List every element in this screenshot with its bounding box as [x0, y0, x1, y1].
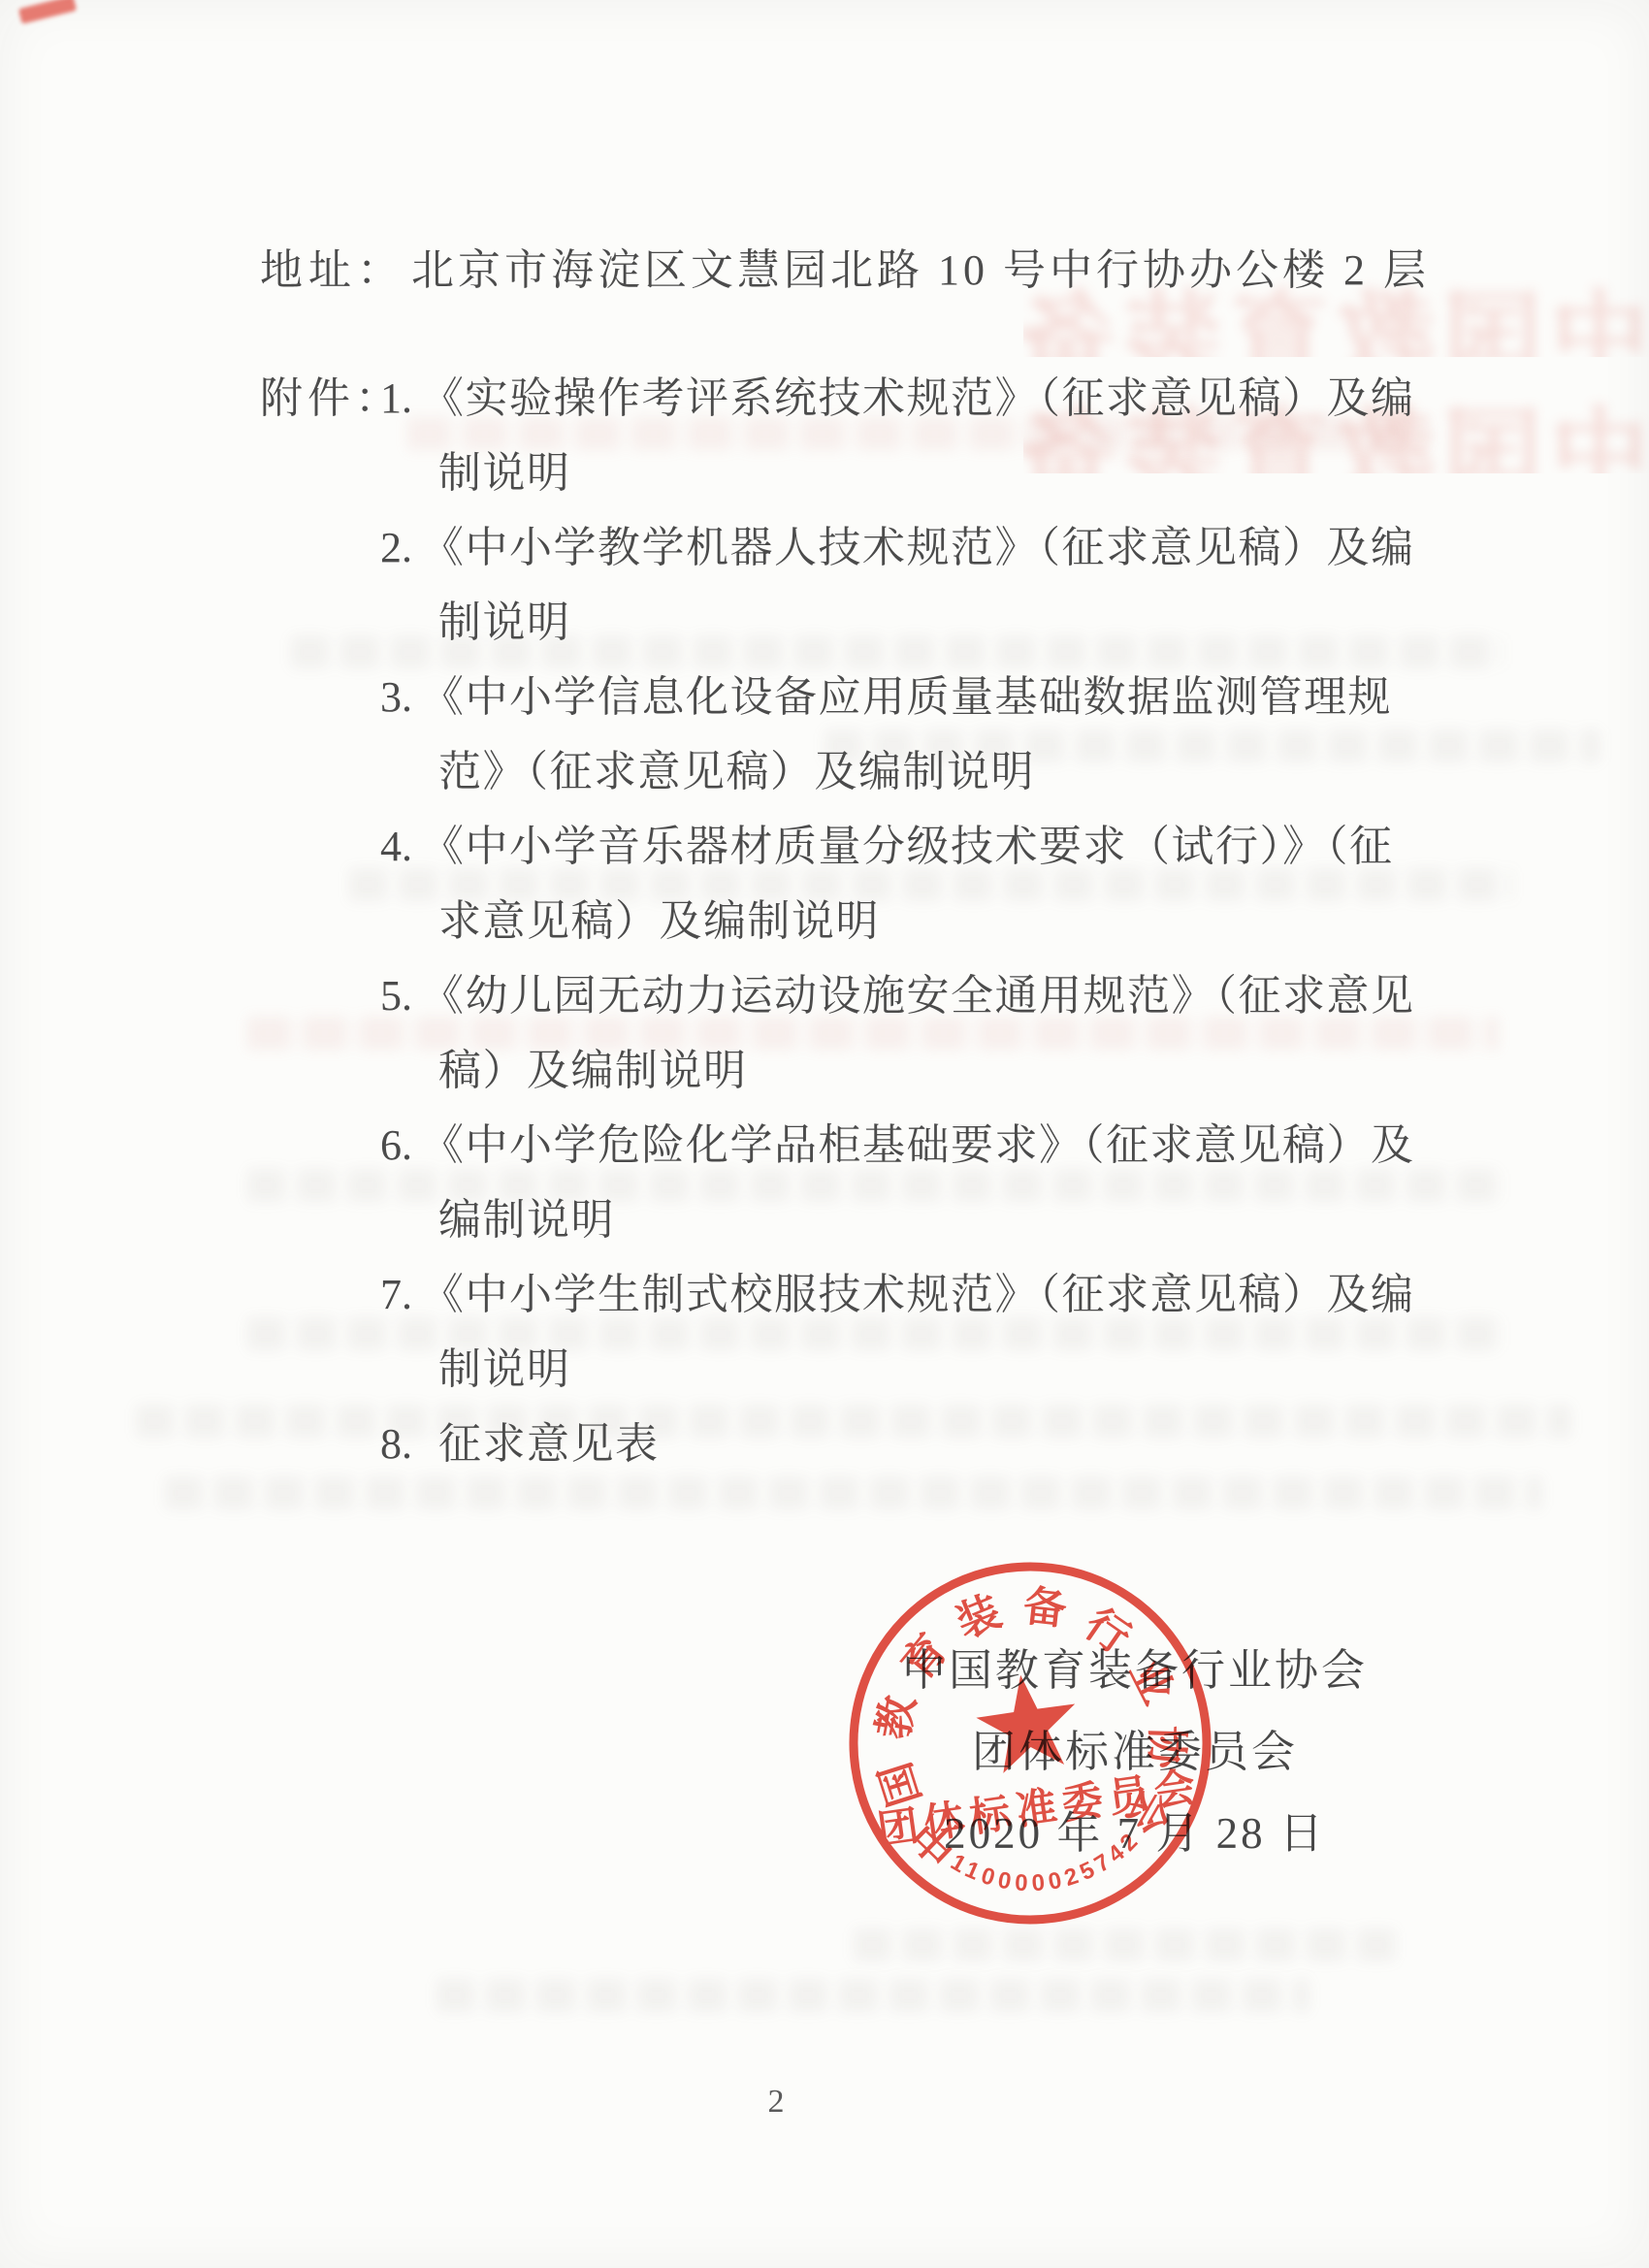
attachment-item: 1.《实验操作考评系统技术规范》（征求意见稿）及编 制说明	[380, 361, 1482, 510]
bleedthrough-artifact	[854, 1928, 1397, 1961]
attachment-text: 制说明	[438, 1332, 1482, 1407]
document-page: 中国教育装备行业协会文件 中国教育装备行业协会文件 地址：北京市海淀区文慧园北路…	[0, 0, 1649, 2268]
attachment-item: 7.《中小学生制式校服技术规范》（征求意见稿）及编 制说明	[380, 1257, 1482, 1407]
attachment-text: 《实验操作考评系统技术规范》（征求意见稿）及编	[421, 374, 1415, 422]
address-label: 地址：	[260, 246, 405, 294]
attachment-text: 征求意见表	[438, 1420, 660, 1468]
attachment-number: 8.	[380, 1407, 438, 1481]
attachment-text: 制说明	[438, 585, 1482, 660]
attachment-number: 2.	[380, 510, 421, 585]
seal-arc-char: 备	[1021, 1582, 1069, 1634]
signature-block: 中国教育装备行业协会 团体标准委员会 2020 年 7 月 28 日	[854, 1630, 1416, 1874]
attachment-number: 6.	[380, 1108, 421, 1183]
attachment-item: 6.《中小学危险化学品柜基础要求》（征求意见稿）及 编制说明	[380, 1108, 1482, 1257]
attachment-item: 8.征求意见表	[380, 1407, 1482, 1481]
attachment-text: 稿）及编制说明	[438, 1033, 1482, 1108]
attachment-number: 5.	[380, 958, 421, 1033]
bleedthrough-artifact	[436, 1979, 1309, 2012]
attachment-number: 4.	[380, 809, 421, 884]
attachment-text: 《幼儿园无动力运动设施安全通用规范》（征求意见	[421, 972, 1415, 1020]
attachment-items: 1.《实验操作考评系统技术规范》（征求意见稿）及编 制说明 2.《中小学教学机器…	[380, 361, 1482, 1481]
signature-org: 中国教育装备行业协会	[854, 1630, 1416, 1711]
address-value: 北京市海淀区文慧园北路 10 号中行协办公楼 2 层	[411, 246, 1430, 294]
red-corner-scan-mark	[18, 0, 77, 24]
attachments-list: 附件： 1.《实验操作考评系统技术规范》（征求意见稿）及编 制说明 2.《中小学…	[260, 361, 1482, 1481]
attachment-text: 范》（征求意见稿）及编制说明	[438, 734, 1482, 809]
attachment-text: 《中小学危险化学品柜基础要求》（征求意见稿）及	[421, 1121, 1415, 1169]
attachment-text: 《中小学音乐器材质量分级技术要求（试行）》（征	[421, 823, 1394, 870]
attachment-text: 求意见稿）及编制说明	[438, 884, 1482, 958]
attachment-number: 7.	[380, 1257, 421, 1332]
bleedthrough-artifact	[165, 1476, 1542, 1509]
signature-committee: 团体标准委员会	[854, 1711, 1416, 1793]
page-number: 2	[679, 2084, 873, 2121]
attachment-text: 编制说明	[438, 1183, 1482, 1257]
attachment-text: 《中小学生制式校服技术规范》（征求意见稿）及编	[421, 1271, 1415, 1318]
attachment-text: 《中小学信息化设备应用质量基础数据监测管理规	[421, 673, 1392, 721]
attachment-item: 3.《中小学信息化设备应用质量基础数据监测管理规 范》（征求意见稿）及编制说明	[380, 660, 1482, 809]
attachment-number: 3.	[380, 660, 421, 734]
attachment-item: 4.《中小学音乐器材质量分级技术要求（试行）》（征 求意见稿）及编制说明	[380, 809, 1482, 958]
attachment-text: 《中小学教学机器人技术规范》（征求意见稿）及编	[421, 524, 1415, 571]
attachment-text: 制说明	[438, 436, 1482, 510]
signature-date: 2020 年 7 月 28 日	[854, 1793, 1416, 1874]
attachment-item: 2.《中小学教学机器人技术规范》（征求意见稿）及编 制说明	[380, 510, 1482, 660]
attachment-item: 5.《幼儿园无动力运动设施安全通用规范》（征求意见 稿）及编制说明	[380, 958, 1482, 1108]
attachments-label: 附件：	[260, 361, 403, 436]
address-line: 地址：北京市海淀区文慧园北路 10 号中行协办公楼 2 层	[260, 235, 1430, 297]
